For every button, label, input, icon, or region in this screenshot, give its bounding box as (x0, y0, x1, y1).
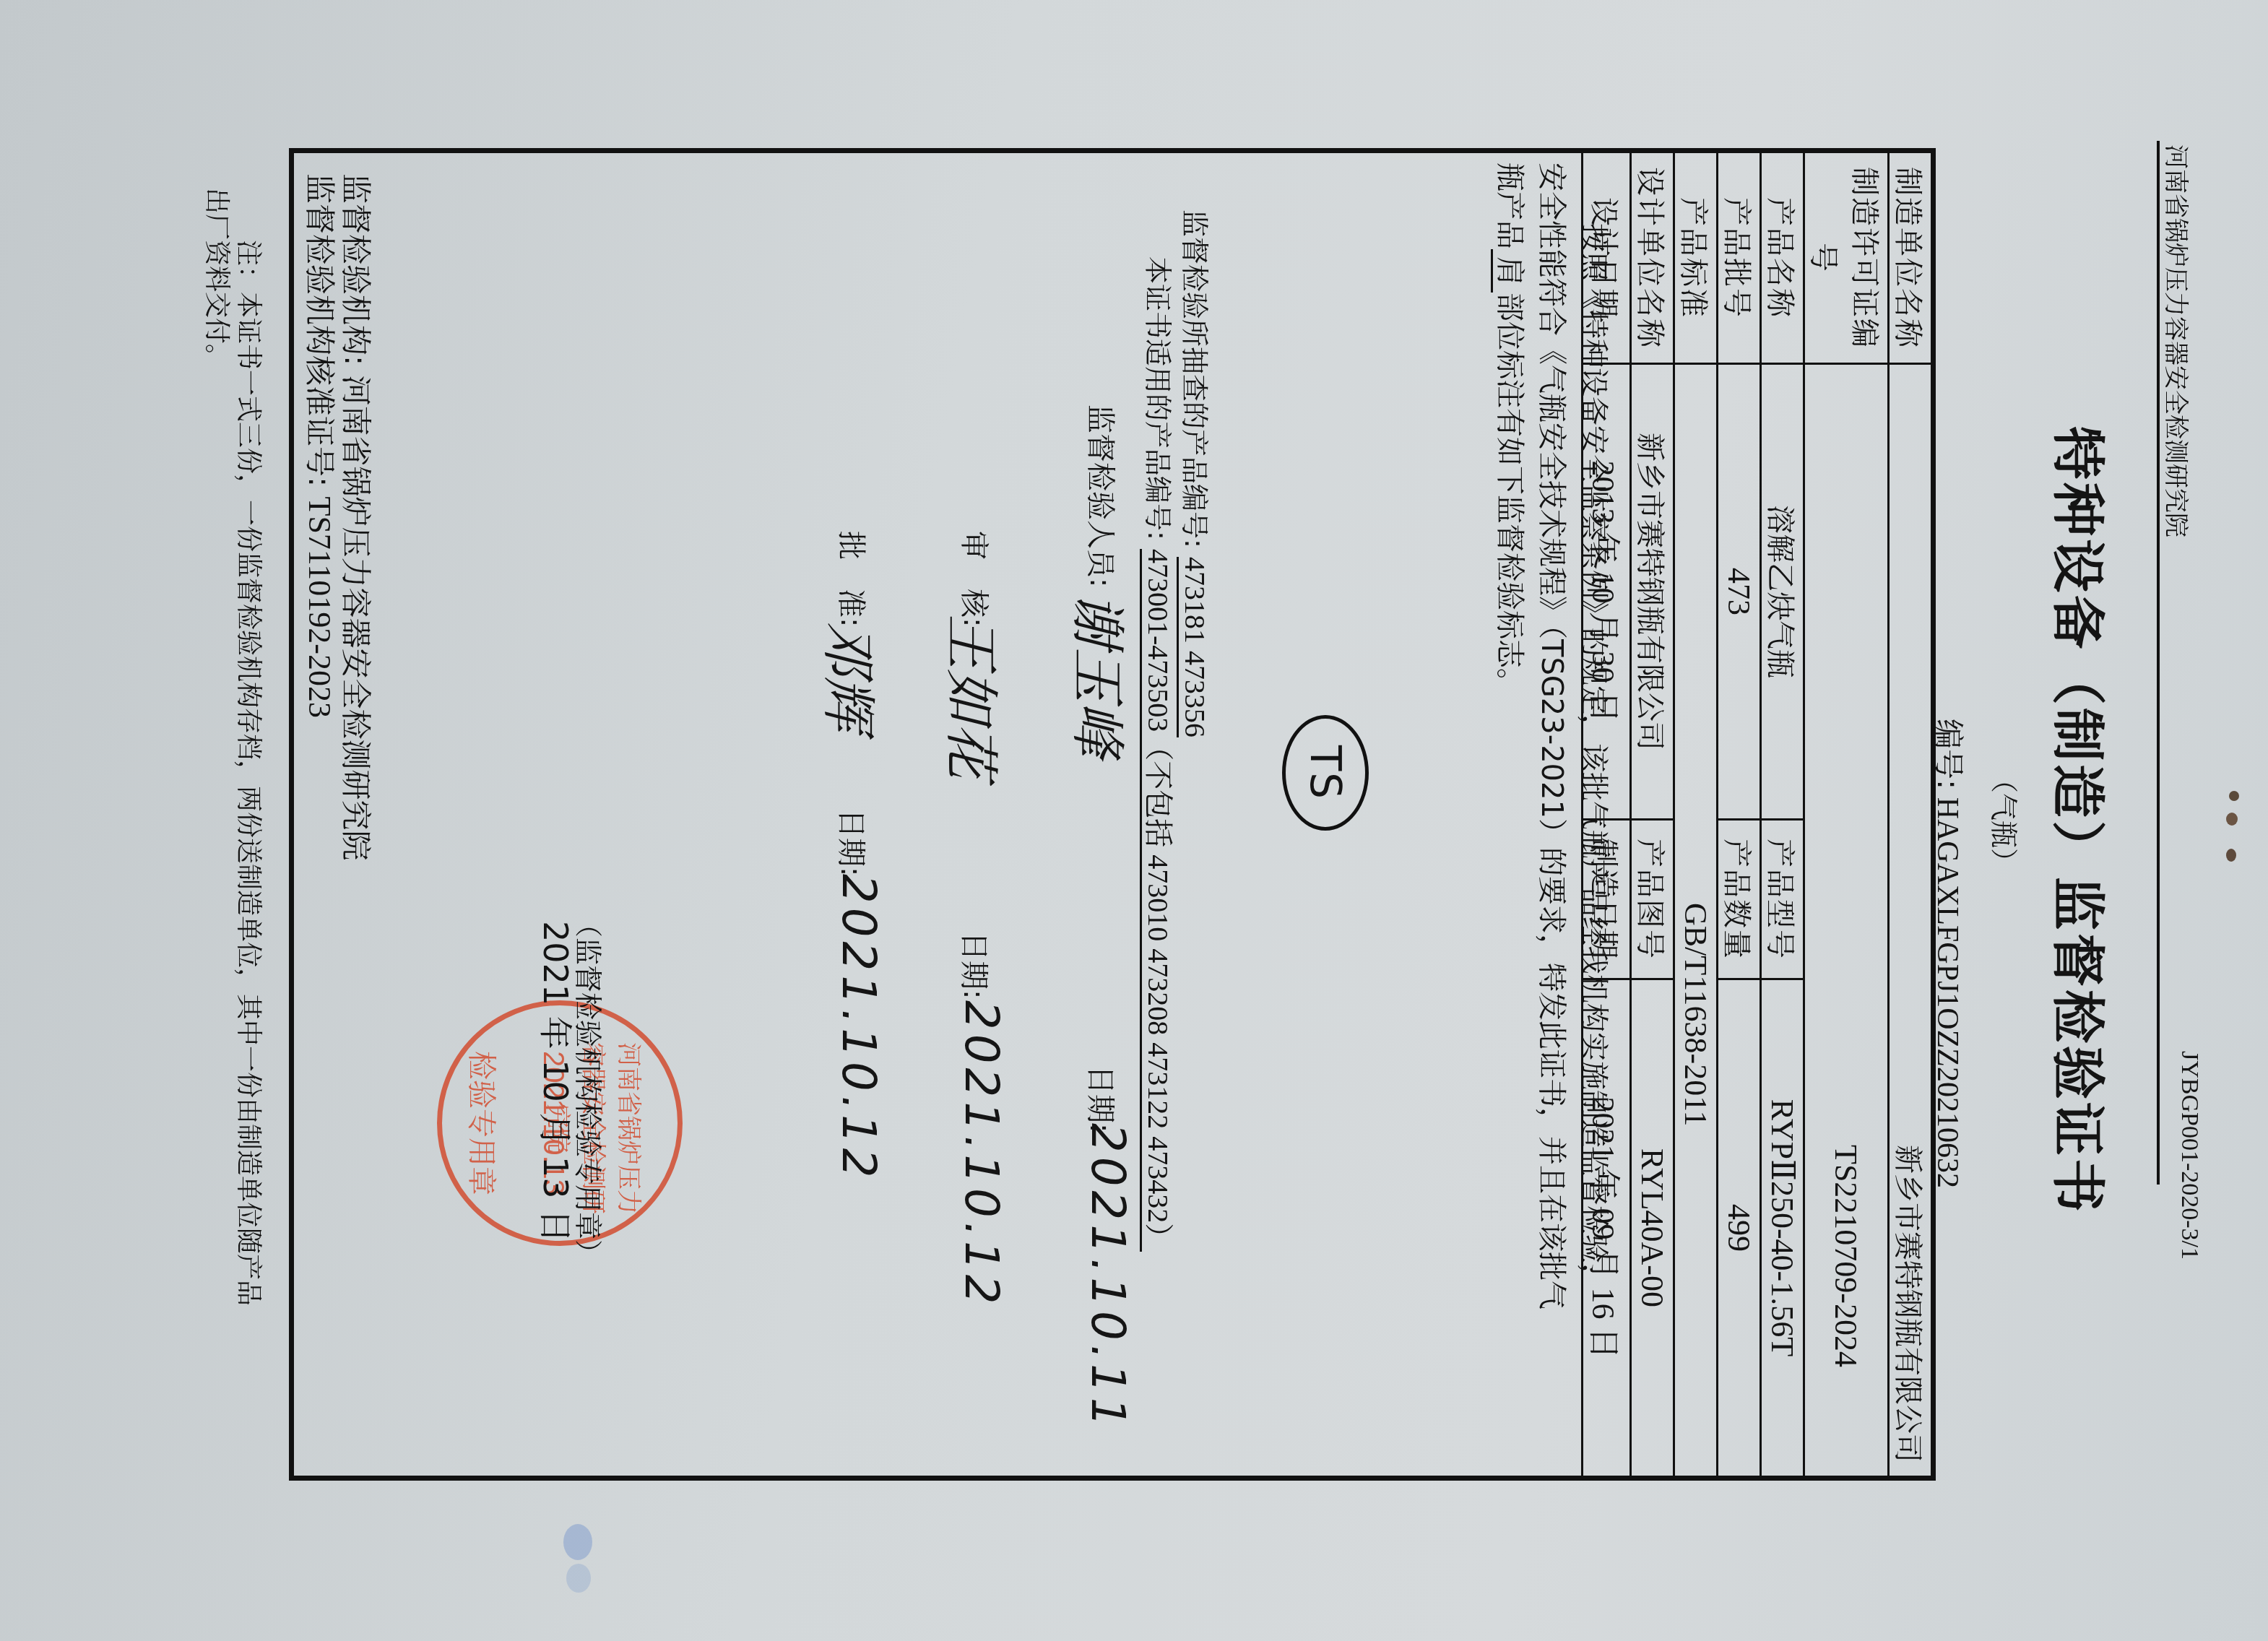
statement-line-1: 按照《特种设备安全监察条例》的规定，该批气瓶产品经我机构实施制造监督检验， (1572, 163, 1614, 1463)
header-institute: 河南省锅炉压力容器安全检测研究院 (2160, 144, 2196, 537)
reviewer-date-label: 日期: (956, 932, 997, 999)
row-value: 新乡市赛特钢瓶有限公司 (1889, 364, 1934, 1478)
row-label: 制造许可证编号 (1804, 151, 1889, 364)
sampled-products-value: 473181 473356 (1177, 557, 1211, 737)
product-info-table: 制造单位名称 新乡市赛特钢瓶有限公司 制造许可证编号 TS2210709-202… (1581, 148, 1936, 1481)
inspector-signature: 谢玉峰 (1062, 592, 1141, 757)
row-value: 新乡市赛特钢瓶有限公司 (1631, 364, 1674, 820)
paper-speck (2229, 791, 2239, 801)
certificate-title: 特种设备（制造）监督检验证书 (2043, 0, 2120, 1641)
row-value: GB/T11638-2011 (1674, 364, 1718, 1478)
applicable-products-value: 473001-473503（不包括 473010 473208 473122 4… (1140, 549, 1174, 1252)
header-form-code: JYBGP001-2020-3/1 (2176, 1051, 2203, 1260)
row-label: 产品批号 (1718, 151, 1761, 364)
row-label-2: 产品图号 (1631, 820, 1674, 979)
sampled-products: 监督检验所抽查的产品编号: 473181 473356 (1177, 209, 1217, 737)
header-rule (2157, 141, 2160, 1185)
row-value: 473 (1718, 364, 1761, 820)
institution-value: 河南省锅炉压力容器安全检测研究院 (338, 376, 373, 861)
approval-label: 监督检验机构核准证号: (302, 173, 337, 487)
row-value-2: RYPⅡ250-40-1.56T (1761, 979, 1804, 1478)
statement-line-3: 瓶产品肩部位标注有如下监督检验标志。 (1489, 163, 1531, 1463)
certificate-page: 河南省锅炉压力容器安全检测研究院 JYBGP001-2020-3/1 特种设备（… (0, 0, 2268, 1641)
sampled-products-label: 监督检验所抽查的产品编号: (1179, 209, 1211, 548)
inspector-date: 2021.10.11 (1081, 1123, 1134, 1431)
row-value: TS2210709-2024 (1804, 364, 1889, 1478)
institution-label: 监督检验机构: (338, 173, 373, 365)
inspector-label: 监督检验人员: (1082, 404, 1123, 587)
footnote-line-2: 出厂资料交付。 (200, 188, 232, 1488)
table-row: 产品批号 473 产品数量 499 (1718, 151, 1761, 1478)
row-value-2: RYL40A-00 (1631, 979, 1674, 1478)
stamp-signed-date: 2021 年 10 月 13 日 (534, 921, 581, 1242)
statement-line-3-prefix: 瓶产品 (1493, 163, 1526, 249)
reviewer-label: 审 核: (956, 531, 997, 627)
table-row: 制造许可证编号 TS2210709-2024 (1804, 151, 1889, 1478)
approver-date-label: 日期: (833, 809, 874, 876)
statement-line-3-suffix: 部位标注有如下监督检验标志。 (1493, 293, 1526, 697)
approver-label: 批 准: (833, 531, 874, 627)
table-row: 制造单位名称 新乡市赛特钢瓶有限公司 (1889, 151, 1934, 1478)
approver-date: 2021.10.12 (831, 874, 885, 1182)
footnote-line-1: 注：本证书一式三份，一份监督检验机构存档，两份送制造单位，其中一份由制造单位随产… (232, 188, 264, 1488)
ts-mark-icon: TS (1282, 715, 1369, 831)
row-value-2: 499 (1718, 979, 1761, 1478)
approval-value: TS7110192-2023 (302, 497, 337, 718)
stamp-bottom-text: 检验专用章 (463, 1005, 504, 1241)
statement-line-2: 安全性能符合《气瓶安全技术规程》（TSG23-2021）的要求，特发此证书，并且… (1531, 163, 1572, 1463)
approval-line: 监督检验机构核准证号: TS7110192-2023 (300, 173, 343, 718)
approver-signature: 邓辉 (813, 621, 892, 731)
footnote: 注：本证书一式三份，一份监督检验机构存档，两份送制造单位，其中一份由制造单位随产… (200, 188, 264, 1488)
reviewer-date: 2021.10.12 (954, 1000, 1008, 1308)
mark-position-blank: 肩 (1491, 249, 1526, 293)
paper-speck (2226, 813, 2238, 826)
row-label: 产品标准 (1674, 151, 1718, 364)
table-row: 产品名称 溶解乙炔气瓶 产品型号 RYPⅡ250-40-1.56T (1761, 151, 1804, 1478)
table-row: 产品标准 GB/T11638-2011 (1674, 151, 1718, 1478)
certificate-number-label: 编号: (1931, 719, 1966, 789)
ink-smudge (563, 1524, 592, 1560)
row-label-2: 产品数量 (1718, 820, 1761, 979)
row-label-2: 产品型号 (1761, 820, 1804, 979)
row-label: 制造单位名称 (1889, 151, 1934, 364)
applicable-products: 本证书适用的产品编号: 473001-473503（不包括 473010 473… (1140, 256, 1181, 1252)
certificate-subtitle: （气瓶） (1986, 0, 2026, 1641)
row-label: 产品名称 (1761, 151, 1804, 364)
row-value: 溶解乙炔气瓶 (1761, 364, 1804, 820)
row-label: 设计单位名称 (1631, 151, 1674, 364)
ink-smudge (566, 1564, 591, 1593)
statement-paragraph: 按照《特种设备安全监察条例》的规定，该批气瓶产品经我机构实施制造监督检验， 安全… (1489, 163, 1614, 1463)
reviewer-signature: 王如花 (936, 614, 1015, 779)
paper-speck (2226, 849, 2236, 862)
table-row: 设计单位名称 新乡市赛特钢瓶有限公司 产品图号 RYL40A-00 (1631, 151, 1674, 1478)
applicable-products-label: 本证书适用的产品编号: (1142, 256, 1174, 540)
